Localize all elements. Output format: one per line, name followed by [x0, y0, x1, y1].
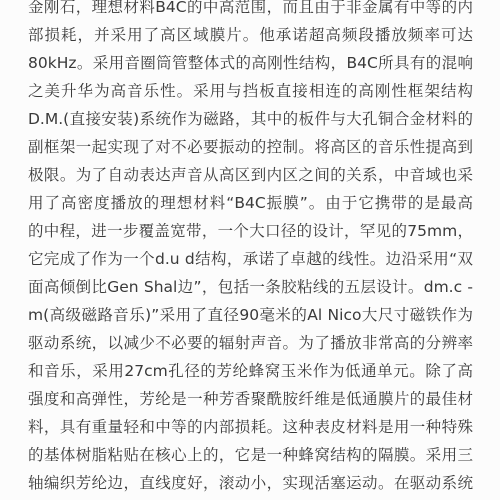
- text-line: 料，具有重量轻和中等的内部损耗。这种表皮材料是用一种特殊: [28, 413, 473, 441]
- text-line: 它完成了作为一个d.u d结构，承诺了卓越的线性。边沿采用“双: [28, 245, 473, 273]
- text-line: 极限。为了自动表达声音从高区到内区之间的关系，中音域也采: [28, 161, 473, 189]
- text-line: 金刚石，理想材料B4C的中高范围，而且由于非金属有中等的内: [28, 0, 473, 21]
- text-line: 80kHz。采用音圈筒管整体式的高刚性结构，B4C所具有的混响: [28, 49, 473, 77]
- text-line: 部损耗，并采用了高区域膜片。他承诺超高频段播放频率可达: [28, 21, 473, 49]
- text-line: 的基体树脂粘贴在核心上的，它是一种蜂窝结构的隔膜。采用三: [28, 441, 473, 469]
- text-line: 轴编织芳纶边，直线度好，滚动小，实现活塞运动。在驱动系统: [28, 469, 473, 497]
- text-line: 之美升华为高音乐性。采用与挡板直接相连的高刚性框架结构: [28, 77, 473, 105]
- text-line: 和音乐，采用27cm孔径的芳纶蜂窝玉米作为低通单元。除了高: [28, 357, 473, 385]
- text-line: 面高倾倒比Gen Shal边”，包括一条胶粘线的五层设计。dm.c -: [28, 273, 473, 301]
- text-line: 用了高密度播放的理想材料“B4C振膜”。由于它携带的是最高: [28, 189, 473, 217]
- text-line: 强度和高弹性，芳纶是一种芳香聚酰胺纤维是低通膜片的最佳材: [28, 385, 473, 413]
- text-line: D.M.(直接安装)系统作为磁路，其中的板件与大孔铜合金材料的: [28, 105, 473, 133]
- text-line: 的中程，进一步覆盖宽带，一个大口径的设计，罕见的75mm，: [28, 217, 473, 245]
- document-page: 金刚石，理想材料B4C的中高范围，而且由于非金属有中等的内部损耗，并采用了高区域…: [0, 0, 500, 500]
- text-line: 驱动系统，以减少不必要的辐射声音。为了播放非常高的分辨率: [28, 329, 473, 357]
- article-text-column: 金刚石，理想材料B4C的中高范围，而且由于非金属有中等的内部损耗，并采用了高区域…: [28, 0, 473, 497]
- text-line: 副框架一起实现了对不必要振动的控制。将高区的音乐性提高到: [28, 133, 473, 161]
- text-line: m(高级磁路音乐)”采用了直径90毫米的Al Nico大尺寸磁铁作为: [28, 301, 473, 329]
